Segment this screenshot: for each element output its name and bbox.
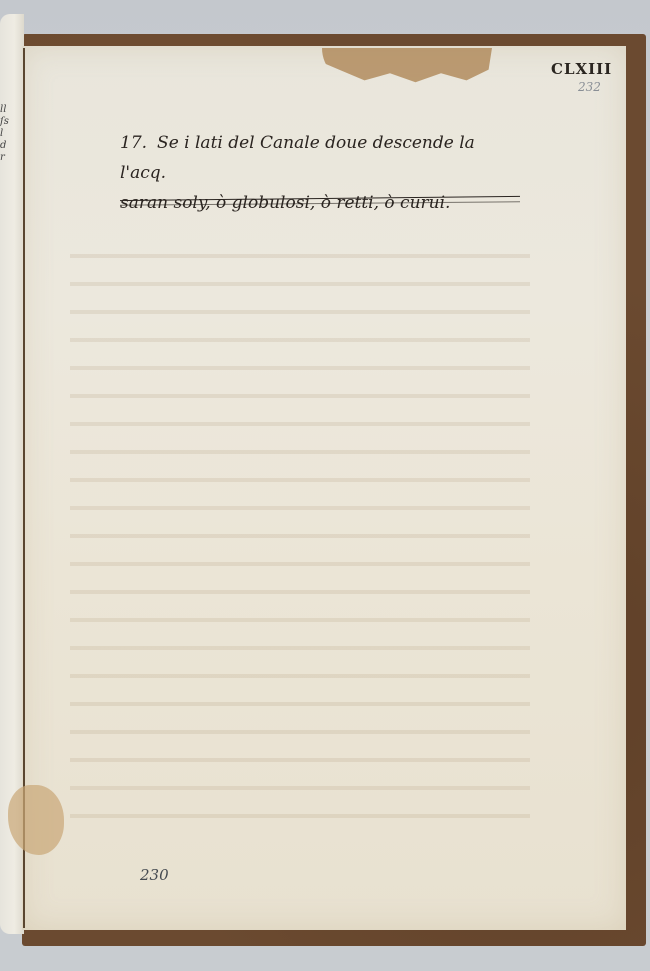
ink-bleed-through: [70, 230, 530, 830]
page-number: 230: [140, 866, 169, 884]
section-number: 17.: [120, 133, 147, 153]
folio-number-pencil: 232: [578, 80, 601, 94]
heading-line-1: 17.Se i lati del Canale doue descende la…: [120, 128, 520, 188]
facing-page-marks: ll ſs l d r: [0, 104, 9, 164]
folio-number-roman: CLXIII: [551, 60, 612, 78]
